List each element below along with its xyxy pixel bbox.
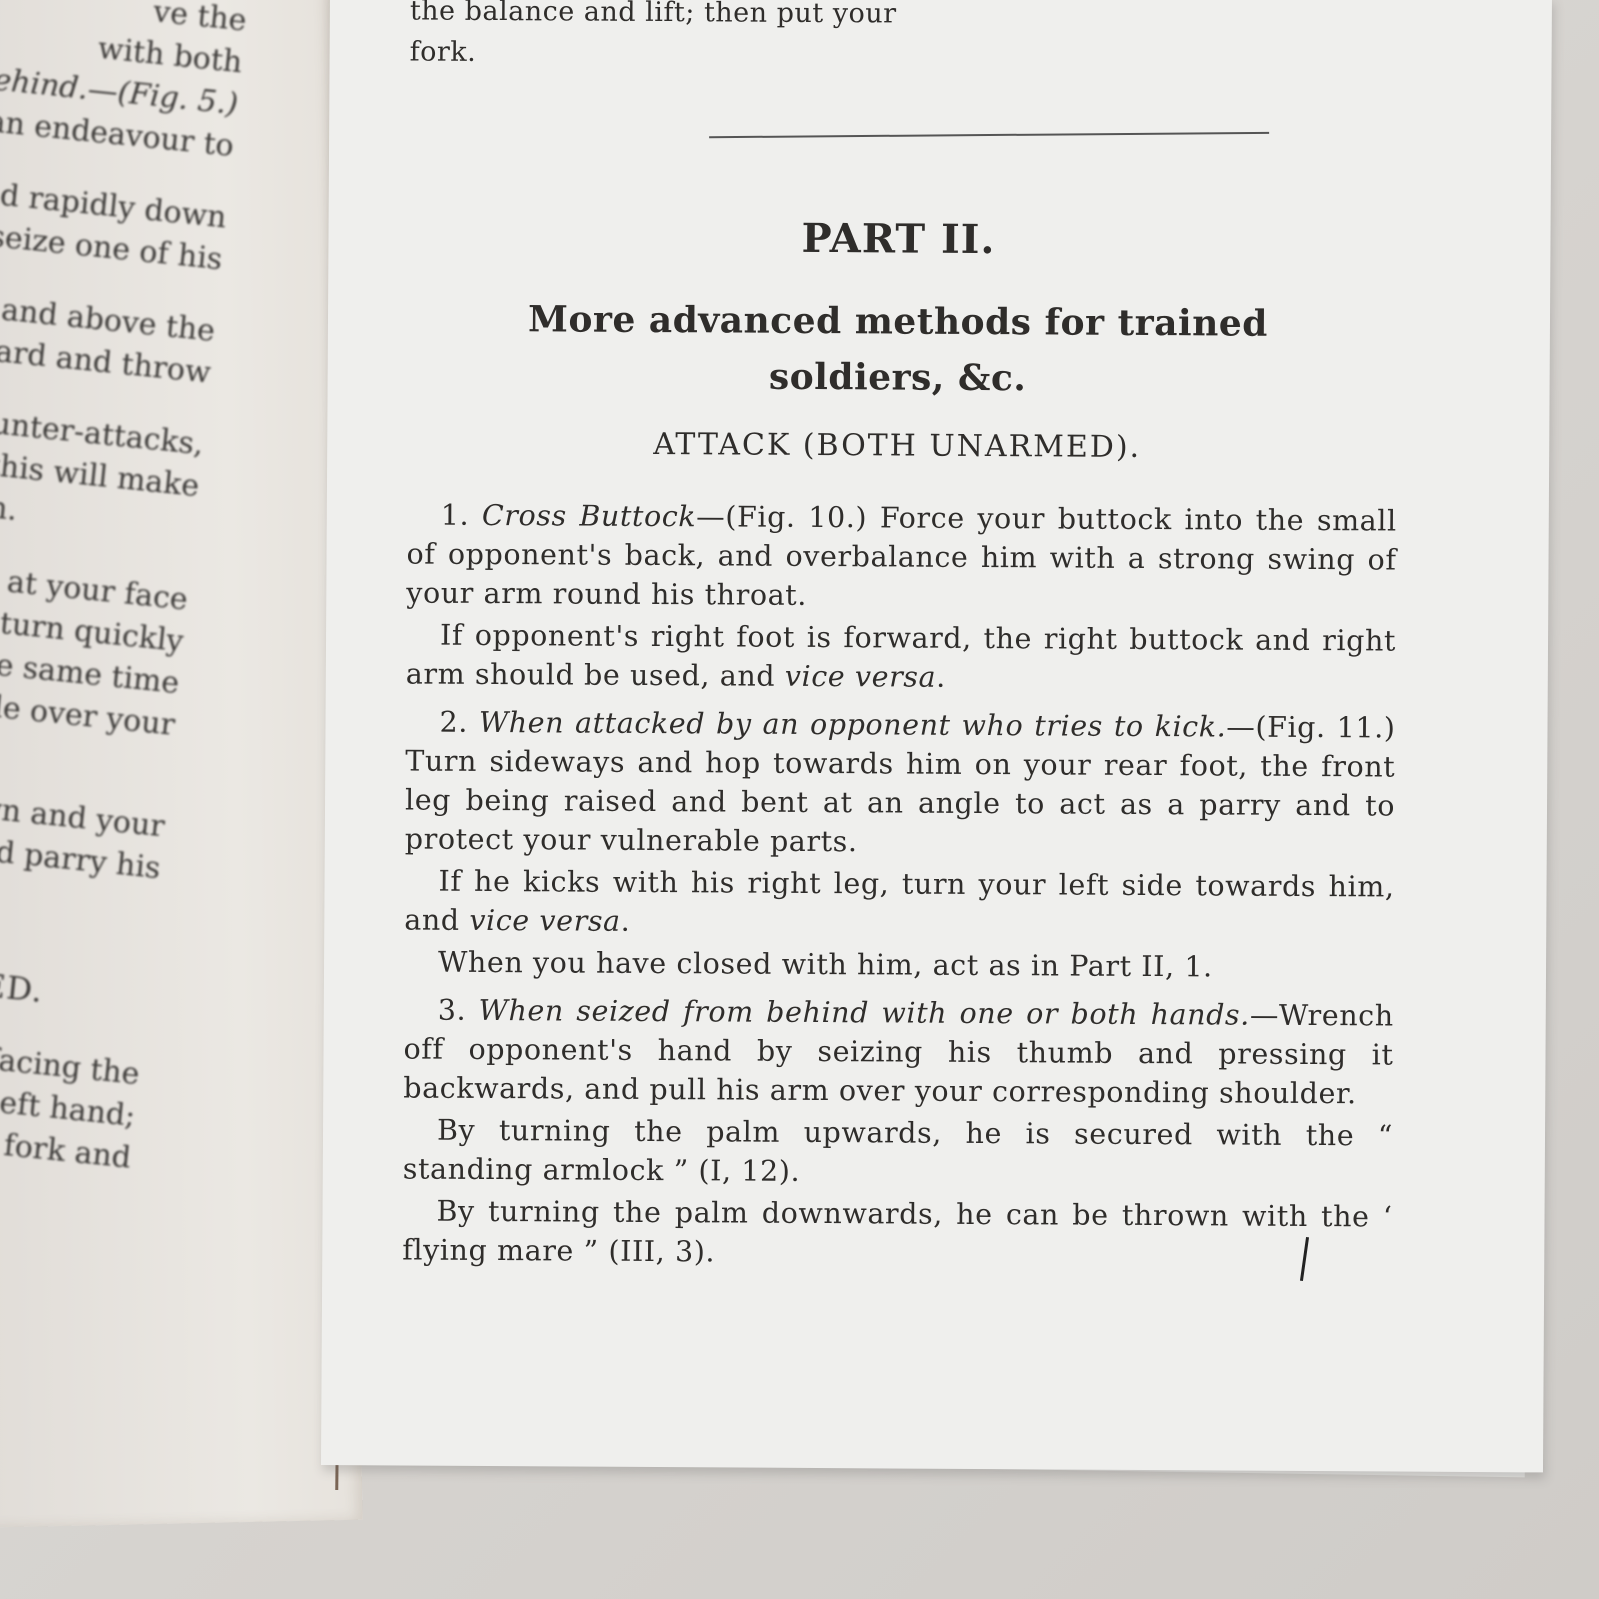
section-divider (709, 132, 1269, 138)
left-page: ve the with both n behind.—(Fig. 5.) in … (0, 0, 363, 1527)
right-page: the balance and lift; then put your fork… (321, 0, 1552, 1472)
item-text: When you have closed with him, act as in… (438, 946, 1213, 984)
top-line: the balance and lift; then put your (410, 0, 1390, 37)
subtitle-line: More advanced methods for trained (408, 290, 1388, 352)
paragraph-3b: By turning the palm upwards, he is secur… (403, 1110, 1393, 1194)
paragraph-3: 3. When seized from behind with one or b… (403, 990, 1394, 1113)
item-italic: vice versa (785, 660, 937, 694)
punct: . (621, 905, 631, 938)
part-title: PART II. (408, 212, 1388, 265)
paragraph-1: 1. Cross Buttock—(Fig. 10.) Force your b… (406, 495, 1397, 618)
item-number: 2. (439, 706, 468, 739)
item-text: By turning the palm upwards, he is secur… (403, 1114, 1393, 1188)
paragraph-2: 2. When attacked by an opponent who trie… (405, 702, 1396, 864)
left-page-text: ve the with both n behind.—(Fig. 5.) in … (0, 0, 248, 1179)
item-title: When seized from behind with one or both… (479, 994, 1250, 1032)
top-line: fork. (409, 31, 1389, 78)
part-subtitle: More advanced methods for trained soldie… (407, 290, 1388, 408)
item-number: 1. (441, 499, 470, 532)
paragraph-3c: By turning the palm downwards, he can be… (402, 1191, 1392, 1275)
item-title: When attacked by an opponent who tries t… (479, 706, 1227, 744)
item-title: Cross Buttock (482, 499, 697, 533)
body-text: 1. Cross Buttock—(Fig. 10.) Force your b… (402, 495, 1397, 1284)
item-number: 3. (438, 994, 467, 1027)
paragraph-2c: When you have closed with him, act as in… (404, 942, 1394, 987)
subtitle-line: soldiers, &c. (407, 346, 1387, 408)
punct: . (936, 661, 946, 694)
section-heading: ATTACK (BOTH UNARMED). (407, 425, 1387, 466)
item-italic: vice versa (469, 904, 621, 938)
paragraph-1b: If opponent's right foot is forward, the… (406, 615, 1396, 699)
item-text: By turning the palm downwards, he can be… (402, 1195, 1392, 1269)
paragraph-2b: If he kicks with his right leg, turn you… (404, 861, 1394, 945)
right-page-content: the balance and lift; then put your fork… (409, 0, 1389, 78)
